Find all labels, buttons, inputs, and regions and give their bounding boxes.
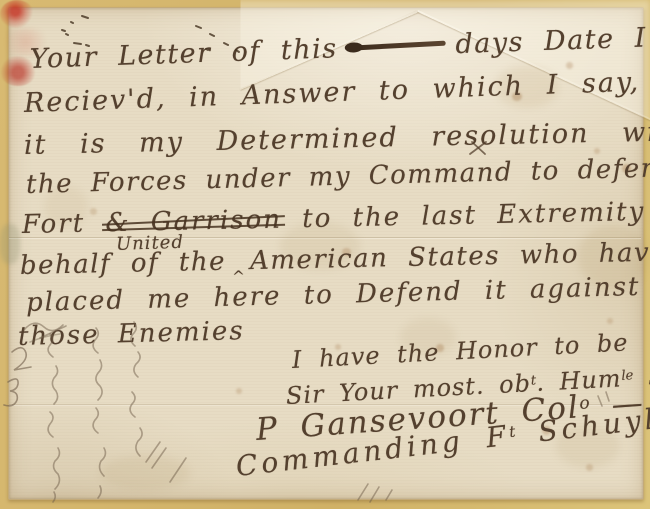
scanned-letter-page: Your Letter of thisdays Date I have Reci…: [0, 0, 650, 509]
red-wax-stain-top-right: [0, 0, 34, 28]
letter-line-8: those Enemies: [18, 316, 245, 352]
edge-discoloration: [0, 224, 20, 264]
line6-text-a: behalf of the: [20, 247, 227, 281]
line5-text-a: Fort: [22, 209, 86, 240]
inked-out-blank: [349, 41, 445, 51]
closing2-b-sup: le: [621, 368, 634, 384]
